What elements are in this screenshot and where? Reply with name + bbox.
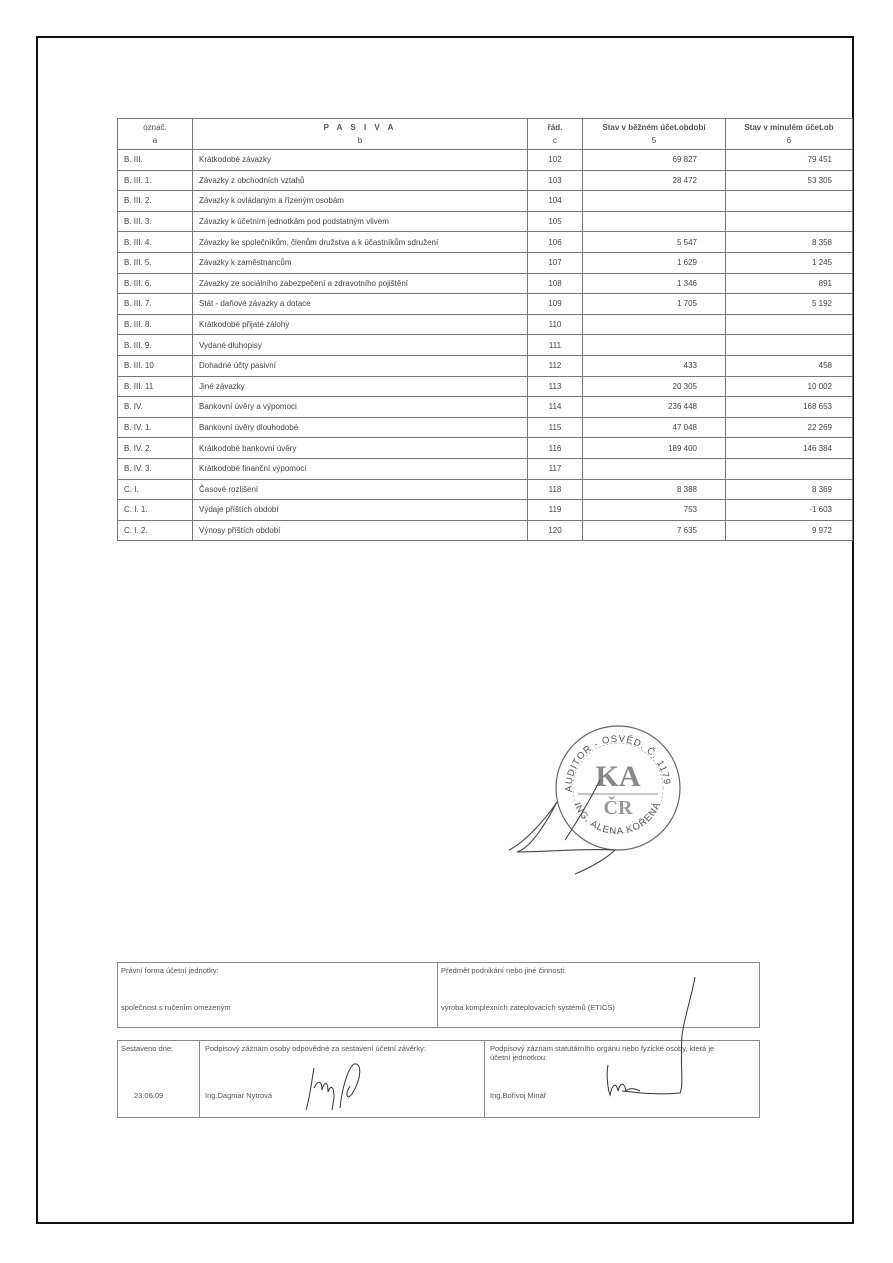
row-number: 105 <box>528 211 583 232</box>
statutory-name: Ing.Bořivoj Minář <box>490 1091 546 1100</box>
row-label: Závazky k zaměstnancům <box>193 252 528 273</box>
table-row: B. IV. 2.Krátkodobé bankovní úvěry116189… <box>118 438 853 459</box>
row-code: B. III. 3. <box>118 211 193 232</box>
row-code: B. IV. 1. <box>118 417 193 438</box>
row-label: Výnosy příštích období <box>193 520 528 541</box>
row-number: 102 <box>528 150 583 171</box>
table-row: B. IV. 3.Krátkodobé finanční výpomoci117 <box>118 458 853 479</box>
row-current-value <box>583 191 726 212</box>
statutory-label-line2: účetní jednotkou: <box>490 1053 547 1062</box>
business-label: Předmět podnikání nebo jiné činnosti: <box>441 966 566 975</box>
row-code: B. IV. <box>118 397 193 418</box>
row-number: 104 <box>528 191 583 212</box>
auditor-signature <box>505 770 635 880</box>
row-previous-value: 53 305 <box>726 170 853 191</box>
row-previous-value <box>726 335 853 356</box>
row-current-value <box>583 458 726 479</box>
row-code: C. I. 1. <box>118 500 193 521</box>
row-previous-value <box>726 458 853 479</box>
preparer-name: Ing.Dagmar Nytrová <box>205 1091 272 1100</box>
date-value: 23.06.09 <box>134 1091 163 1100</box>
table-row: B. III. 1.Závazky z obchodních vztahů103… <box>118 170 853 191</box>
header-current-period: Stav v běžném účet.období5 <box>583 119 726 150</box>
row-code: C. I. 2. <box>118 520 193 541</box>
row-previous-value <box>726 211 853 232</box>
table-row: B. IV.Bankovní úvěry a výpomoci114236 44… <box>118 397 853 418</box>
legal-form-cell: Právní forma účetní jednotky: společnost… <box>118 963 438 1027</box>
row-current-value: 753 <box>583 500 726 521</box>
row-code: B. III. <box>118 150 193 171</box>
table-row: C. I.Časové rozlišení1188 3888 369 <box>118 479 853 500</box>
row-label: Závazky z obchodních vztahů <box>193 170 528 191</box>
row-label: Závazky k ovládaným a řízeným osobám <box>193 191 528 212</box>
table-row: C. I. 2.Výnosy příštích období1207 6359 … <box>118 520 853 541</box>
row-label: Časové rozlišení <box>193 479 528 500</box>
row-label: Závazky ze sociálního zabezpečení a zdra… <box>193 273 528 294</box>
row-label: Krátkodobé finanční výpomoci <box>193 458 528 479</box>
row-code: B. III. 11 <box>118 376 193 397</box>
table-row: B. III. 10Dohadné účty pasivní112433458 <box>118 355 853 376</box>
row-number: 110 <box>528 314 583 335</box>
row-current-value: 20 305 <box>583 376 726 397</box>
row-current-value <box>583 211 726 232</box>
row-current-value: 8 388 <box>583 479 726 500</box>
row-number: 107 <box>528 252 583 273</box>
row-number: 118 <box>528 479 583 500</box>
row-current-value: 236 448 <box>583 397 726 418</box>
row-label: Jiné závazky <box>193 376 528 397</box>
row-label: Stát - daňové závazky a dotace <box>193 294 528 315</box>
row-number: 114 <box>528 397 583 418</box>
row-current-value: 1 629 <box>583 252 726 273</box>
row-number: 115 <box>528 417 583 438</box>
pasiva-table: označ.a P A S I V Ab řád.c Stav v běžném… <box>117 118 853 541</box>
row-code: B. III. 6. <box>118 273 193 294</box>
row-number: 106 <box>528 232 583 253</box>
table-row: B. III. 4.Závazky ke společníkům, členům… <box>118 232 853 253</box>
row-code: B. IV. 2. <box>118 438 193 459</box>
row-previous-value: 1 245 <box>726 252 853 273</box>
row-previous-value: 891 <box>726 273 853 294</box>
row-current-value: 7 635 <box>583 520 726 541</box>
row-code: B. III. 2. <box>118 191 193 212</box>
table-row: B. III. 3.Závazky k účetním jednotkám po… <box>118 211 853 232</box>
header-rad: řád.c <box>528 119 583 150</box>
table-header-row: označ.a P A S I V Ab řád.c Stav v běžném… <box>118 119 853 150</box>
row-previous-value <box>726 191 853 212</box>
table-row: B. III. 2.Závazky k ovládaným a řízeným … <box>118 191 853 212</box>
row-number: 108 <box>528 273 583 294</box>
row-current-value: 5 547 <box>583 232 726 253</box>
table-row: B. III. 7.Stát - daňové závazky a dotace… <box>118 294 853 315</box>
row-current-value: 1 346 <box>583 273 726 294</box>
header-oznac: označ.a <box>118 119 193 150</box>
row-previous-value: 9 972 <box>726 520 853 541</box>
row-number: 119 <box>528 500 583 521</box>
row-number: 109 <box>528 294 583 315</box>
row-previous-value: 458 <box>726 355 853 376</box>
row-previous-value: 10 002 <box>726 376 853 397</box>
row-previous-value: 5 192 <box>726 294 853 315</box>
row-code: B. III. 8. <box>118 314 193 335</box>
row-previous-value: 168 653 <box>726 397 853 418</box>
row-current-value: 189 400 <box>583 438 726 459</box>
row-current-value: 433 <box>583 355 726 376</box>
business-value: výroba komplexních zateplovacích systémů… <box>441 1003 615 1012</box>
row-current-value: 47 048 <box>583 417 726 438</box>
row-code: B. III. 1. <box>118 170 193 191</box>
preparer-signature <box>300 1058 370 1114</box>
legal-form-value: společnost s ručením omezeným <box>121 1003 231 1012</box>
row-number: 116 <box>528 438 583 459</box>
header-pasiva: P A S I V Ab <box>193 119 528 150</box>
legal-form-label: Právní forma účetní jednotky: <box>121 966 219 975</box>
row-previous-value <box>726 314 853 335</box>
table-row: B. IV. 1.Bankovní úvěry dlouhodobé11547 … <box>118 417 853 438</box>
row-code: B. IV. 3. <box>118 458 193 479</box>
table-row: B. III. 5.Závazky k zaměstnancům1071 629… <box>118 252 853 273</box>
row-label: Bankovní úvěry a výpomoci <box>193 397 528 418</box>
business-cell: Předmět podnikání nebo jiné činnosti: vý… <box>438 963 759 1027</box>
row-previous-value: 79 451 <box>726 150 853 171</box>
row-code: B. III. 9. <box>118 335 193 356</box>
statutory-signature <box>600 975 710 1110</box>
row-current-value: 28 472 <box>583 170 726 191</box>
row-label: Krátkodobé bankovní úvěry <box>193 438 528 459</box>
row-code: B. III. 10 <box>118 355 193 376</box>
row-current-value <box>583 314 726 335</box>
row-label: Závazky ke společníkům, členům družstva … <box>193 232 528 253</box>
table-row: B. III. 8.Krátkodobé přijaté zálohy110 <box>118 314 853 335</box>
row-number: 120 <box>528 520 583 541</box>
row-previous-value: 146 384 <box>726 438 853 459</box>
date-cell: Sestaveno dne: 23.06.09 <box>118 1041 200 1117</box>
row-number: 113 <box>528 376 583 397</box>
row-label: Vydané dluhopisy <box>193 335 528 356</box>
row-code: C. I. <box>118 479 193 500</box>
row-label: Bankovní úvěry dlouhodobé <box>193 417 528 438</box>
preparer-label: Podpisový záznam osoby odpovědné za sest… <box>205 1044 426 1053</box>
row-label: Krátkodobé přijaté zálohy <box>193 314 528 335</box>
table-row: B. III.Krátkodobé závazky10269 82779 451 <box>118 150 853 171</box>
table-row: B. III. 6.Závazky ze sociálního zabezpeč… <box>118 273 853 294</box>
row-number: 111 <box>528 335 583 356</box>
row-previous-value: 8 358 <box>726 232 853 253</box>
row-code: B. III. 7. <box>118 294 193 315</box>
table-row: C. I. 1.Výdaje příštích období119753-1 6… <box>118 500 853 521</box>
row-number: 103 <box>528 170 583 191</box>
row-label: Výdaje příštích období <box>193 500 528 521</box>
row-current-value: 1 705 <box>583 294 726 315</box>
header-previous-period: Stav v minulém účet.ob6 <box>726 119 853 150</box>
row-code: B. III. 4. <box>118 232 193 253</box>
row-previous-value: -1 603 <box>726 500 853 521</box>
row-current-value: 69 827 <box>583 150 726 171</box>
row-previous-value: 22 269 <box>726 417 853 438</box>
row-number: 117 <box>528 458 583 479</box>
date-label: Sestaveno dne: <box>121 1044 173 1053</box>
table-row: B. III. 9.Vydané dluhopisy111 <box>118 335 853 356</box>
row-label: Dohadné účty pasivní <box>193 355 528 376</box>
row-label: Krátkodobé závazky <box>193 150 528 171</box>
table-row: B. III. 11Jiné závazky11320 30510 002 <box>118 376 853 397</box>
row-number: 112 <box>528 355 583 376</box>
row-code: B. III. 5. <box>118 252 193 273</box>
row-current-value <box>583 335 726 356</box>
row-label: Závazky k účetním jednotkám pod podstatn… <box>193 211 528 232</box>
row-previous-value: 8 369 <box>726 479 853 500</box>
